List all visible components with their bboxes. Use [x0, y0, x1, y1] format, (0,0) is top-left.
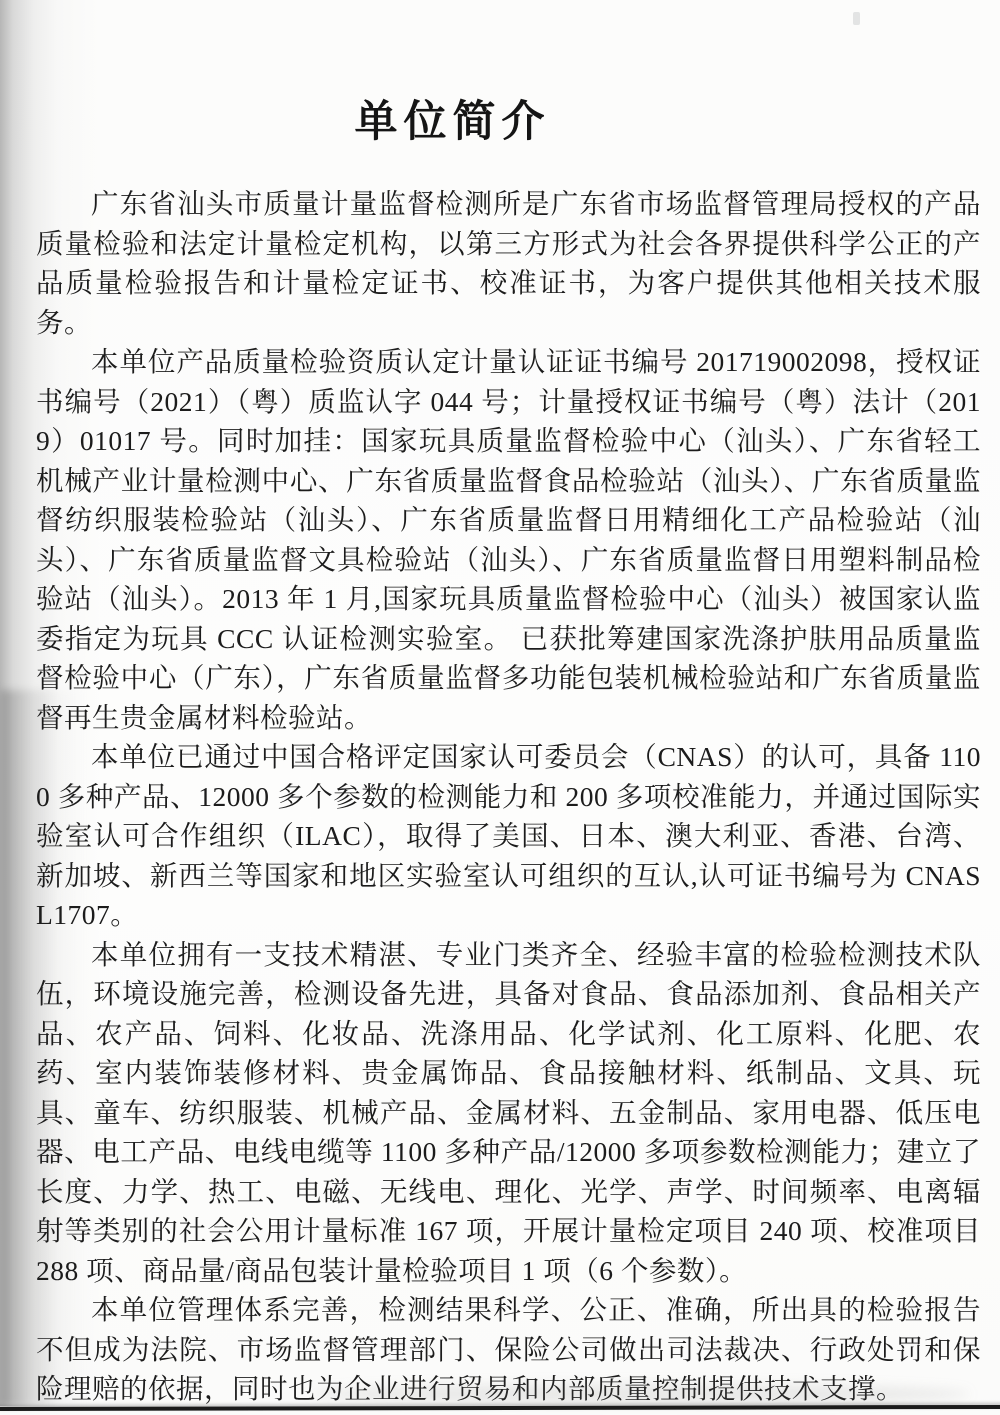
body-paragraph: 本单位已通过中国合格评定国家认可委员会（CNAS）的认可，具备 1100 多种产…	[36, 737, 981, 935]
body-paragraph: 本单位拥有一支技术精湛、专业门类齐全、经验丰富的检验检测技术队伍，环境设施完善，…	[36, 935, 981, 1291]
scan-speck	[853, 12, 860, 25]
scanned-document-page: 单位简介 广东省汕头市质量计量监督检测所是广东省市场监督管理局授权的产品质量检验…	[0, 0, 1000, 1415]
document-body: 广东省汕头市质量计量监督检测所是广东省市场监督管理局授权的产品质量检验和法定计量…	[36, 184, 981, 1409]
body-paragraph: 广东省汕头市质量计量监督检测所是广东省市场监督管理局授权的产品质量检验和法定计量…	[36, 184, 981, 342]
page-title: 单位简介	[0, 88, 905, 149]
scan-bottom-edge-line	[0, 1405, 1000, 1411]
body-paragraph: 本单位产品质量检验资质认定计量认证证书编号 201719002098，授权证书编…	[36, 342, 981, 737]
scan-smudge	[310, 1384, 970, 1404]
